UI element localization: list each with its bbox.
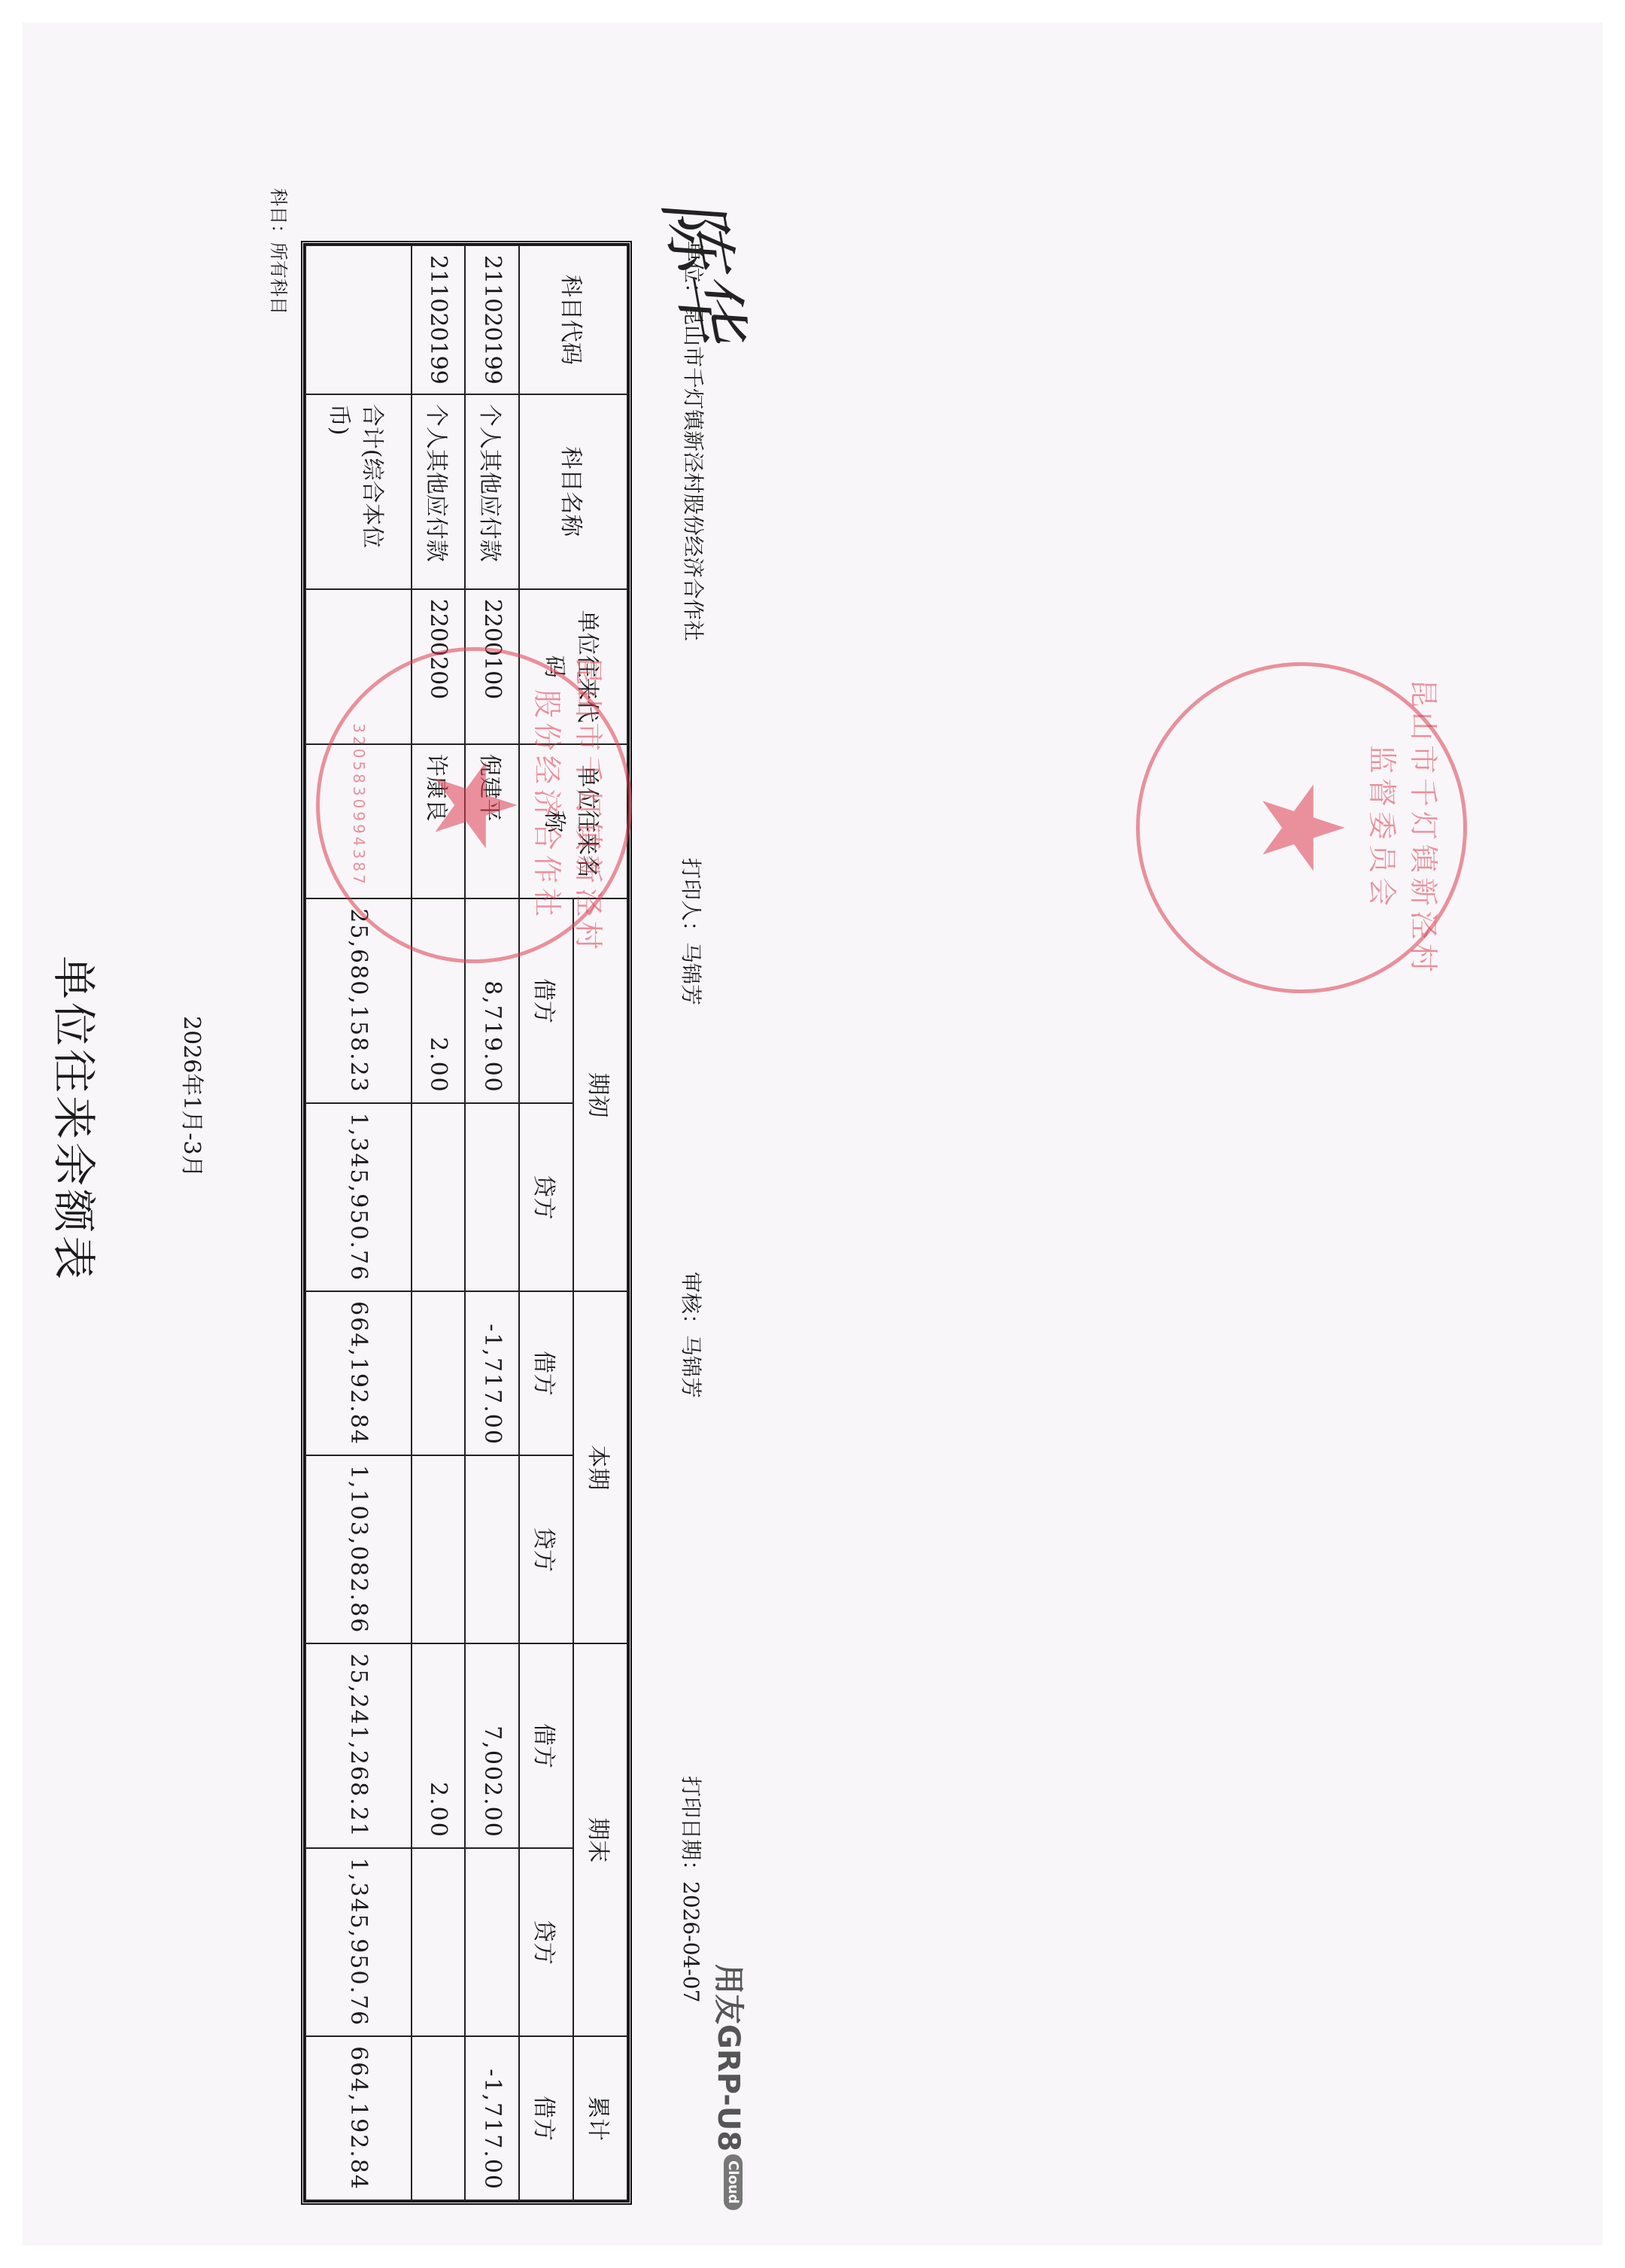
total-closing-credit: 1,345,950.76 [305,1848,412,2036]
report-title: 单位往来余额表 [46,956,109,1282]
footer-auditor: 审核：马锦芳 [677,1272,707,1398]
cell-closing-debit: 2.00 [412,1643,466,1847]
total-opening-credit: 1,345,950.76 [305,1103,412,1291]
seal-text: 昆山市千灯镇新泾村监督委员会 [1364,666,1447,990]
cell-cumulative-debit [412,2036,466,2200]
header-cumulative-debit: 借方 [519,2036,573,2200]
table-row: 211020199 个人其他应付款 2200200 许康良 2.00 2.00 [412,245,466,2200]
cell-current-debit [412,1291,466,1455]
cloud-badge-icon: Cloud [724,2154,743,2209]
total-label: 合计(综合本位币) [305,394,412,589]
report-sheet: 单位往来余额表 2026年1月-3月 科目：所有科目 科目代码 科目名称 单位往… [23,23,1602,2245]
total-closing-debit: 25,241,268.21 [305,1643,412,1847]
cell-account-name: 个人其他应付款 [412,394,466,589]
header-current-debit: 借方 [519,1291,573,1455]
subject-filter: 科目：所有科目 [267,188,293,315]
cell-closing-debit: 7,002.00 [465,1643,519,1847]
total-current-credit: 1,103,082.86 [305,1455,412,1643]
header-opening-credit: 贷方 [519,1103,573,1291]
star-icon: ★ [418,755,530,856]
header-closing: 期末 [573,1643,627,2036]
star-icon: ★ [1245,777,1358,878]
brand-logo: 用友GRP-U8Cloud [709,1964,752,2210]
cell-opening-credit [412,1103,466,1291]
cell-current-debit: -1,717.00 [465,1291,519,1455]
brand-text: 用友GRP-U8 [711,1964,746,2151]
footer-print-date: 打印日期：2026-04-07 [677,1776,707,2002]
cell-opening-credit [465,1103,519,1291]
balance-table: 科目代码 科目名称 单位往来代码 单位往来名称 期初 本期 期末 累计 借方 贷… [301,241,632,2205]
header-account-name: 科目名称 [519,394,627,589]
seal-text: 昆山市千灯镇新泾村股份经济合作社 [529,651,612,959]
cell-current-credit [412,1455,466,1643]
seal-code: 3205830994387 [350,651,368,959]
red-seal-supervision-committee: 昆山市千灯镇新泾村监督委员会 ★ [1136,662,1467,993]
header-current: 本期 [573,1291,627,1643]
cell-cumulative-debit: -1,717.00 [465,2036,519,2200]
header-account-code: 科目代码 [519,245,627,394]
cell-account-code: 211020199 [465,245,519,394]
cell-closing-credit [412,1848,466,2036]
header-cumulative: 累计 [573,2036,627,2200]
total-current-debit: 664,192.84 [305,1291,412,1455]
report-period: 2026年1月-3月 [178,1016,211,1178]
cell-closing-credit [465,1848,519,2036]
total-cumulative-debit: 664,192.84 [305,2036,412,2200]
header-current-credit: 贷方 [519,1455,573,1643]
header-closing-credit: 贷方 [519,1848,573,2036]
cell-empty [305,245,412,394]
cell-account-code: 211020199 [412,245,466,394]
red-seal-cooperative: 昆山市千灯镇新泾村股份经济合作社 ★ 3205830994387 [316,647,632,963]
cell-current-credit [465,1455,519,1643]
cell-account-name: 个人其他应付款 [465,394,519,589]
total-row: 合计(综合本位币) 25,680,158.23 1,345,950.76 664… [305,245,412,2200]
footer-printer: 打印人：马锦芳 [677,858,707,1005]
table-row: 211020199 个人其他应付款 2200100 倪建平 8,719.00 -… [465,245,519,2200]
header-closing-debit: 借方 [519,1643,573,1847]
handwritten-signature: 陈华 [645,188,771,348]
